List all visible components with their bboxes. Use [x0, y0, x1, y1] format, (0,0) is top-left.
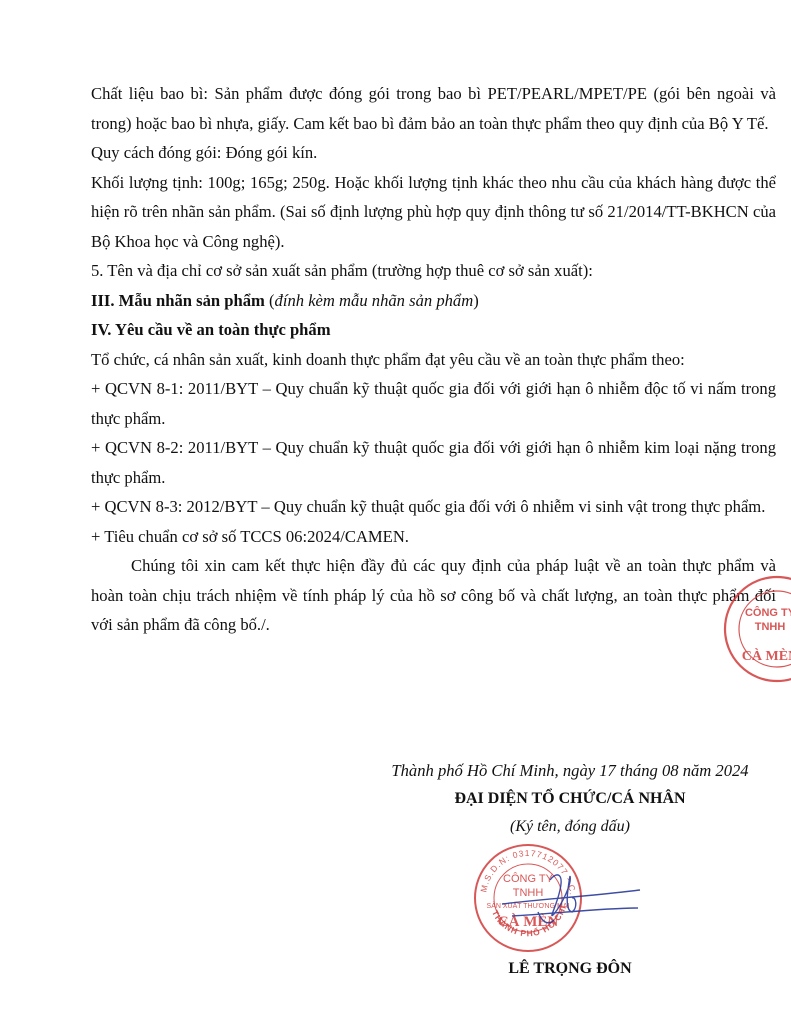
- section-3-paren-open: (: [265, 291, 275, 310]
- section-3-heading: III. Mẫu nhãn sản phẩm: [91, 291, 265, 310]
- standard-item: + QCVN 8-3: 2012/BYT – Quy chuẩn kỹ thuậ…: [91, 492, 776, 522]
- paragraph-net-weight: Khối lượng tịnh: 100g; 165g; 250g. Hoặc …: [91, 168, 776, 257]
- section-3-note: đính kèm mẫu nhãn sản phẩm: [275, 291, 474, 310]
- standard-item: + Tiêu chuẩn cơ sở số TCCS 06:2024/CAMEN…: [91, 522, 776, 552]
- section-3-heading-line: III. Mẫu nhãn sản phẩm (đính kèm mẫu nhã…: [91, 286, 776, 316]
- company-stamp: M.S.D.N: 0317712077 - C.T.T.N.H.H THÀNH …: [472, 842, 642, 957]
- paragraph-packaging-spec: Quy cách đóng gói: Đóng gói kín.: [91, 138, 776, 168]
- standard-item: + QCVN 8-2: 2011/BYT – Quy chuẩn kỹ thuậ…: [91, 433, 776, 492]
- sign-instruction: (Ký tên, đóng dấu): [350, 815, 790, 839]
- document-body: Chất liệu bao bì: Sản phẩm được đóng gói…: [91, 79, 776, 640]
- stamp-partial-line4: CÀ MÈN: [742, 647, 791, 664]
- date-line: Thành phố Hồ Chí Minh, ngày 17 tháng 08 …: [350, 759, 790, 783]
- commitment-paragraph: Chúng tôi xin cam kết thực hiện đầy đủ c…: [91, 551, 776, 640]
- paragraph-packaging-material: Chất liệu bao bì: Sản phẩm được đóng gói…: [91, 79, 776, 138]
- signer-name: LÊ TRỌNG ĐÔN: [350, 957, 790, 981]
- stamp-line2: TNHH: [513, 887, 544, 899]
- company-stamp-partial: CÔNG TY TNHH CÀ MÈN: [722, 574, 791, 684]
- section-4-intro: Tổ chức, cá nhân sản xuất, kinh doanh th…: [91, 345, 776, 375]
- representative-title: ĐẠI DIỆN TỔ CHỨC/CÁ NHÂN: [350, 787, 790, 811]
- stamp-line1: CÔNG TY: [503, 872, 554, 885]
- stamp-partial-line2: TNHH: [755, 621, 786, 633]
- section-3-paren-close: ): [473, 291, 479, 310]
- stamp-partial-line1: CÔNG TY: [745, 606, 791, 619]
- paragraph-manufacturer: 5. Tên và địa chỉ cơ sở sản xuất sản phẩ…: [91, 256, 776, 286]
- section-4-heading: IV. Yêu cầu về an toàn thực phẩm: [91, 315, 776, 345]
- standard-item: + QCVN 8-1: 2011/BYT – Quy chuẩn kỹ thuậ…: [91, 374, 776, 433]
